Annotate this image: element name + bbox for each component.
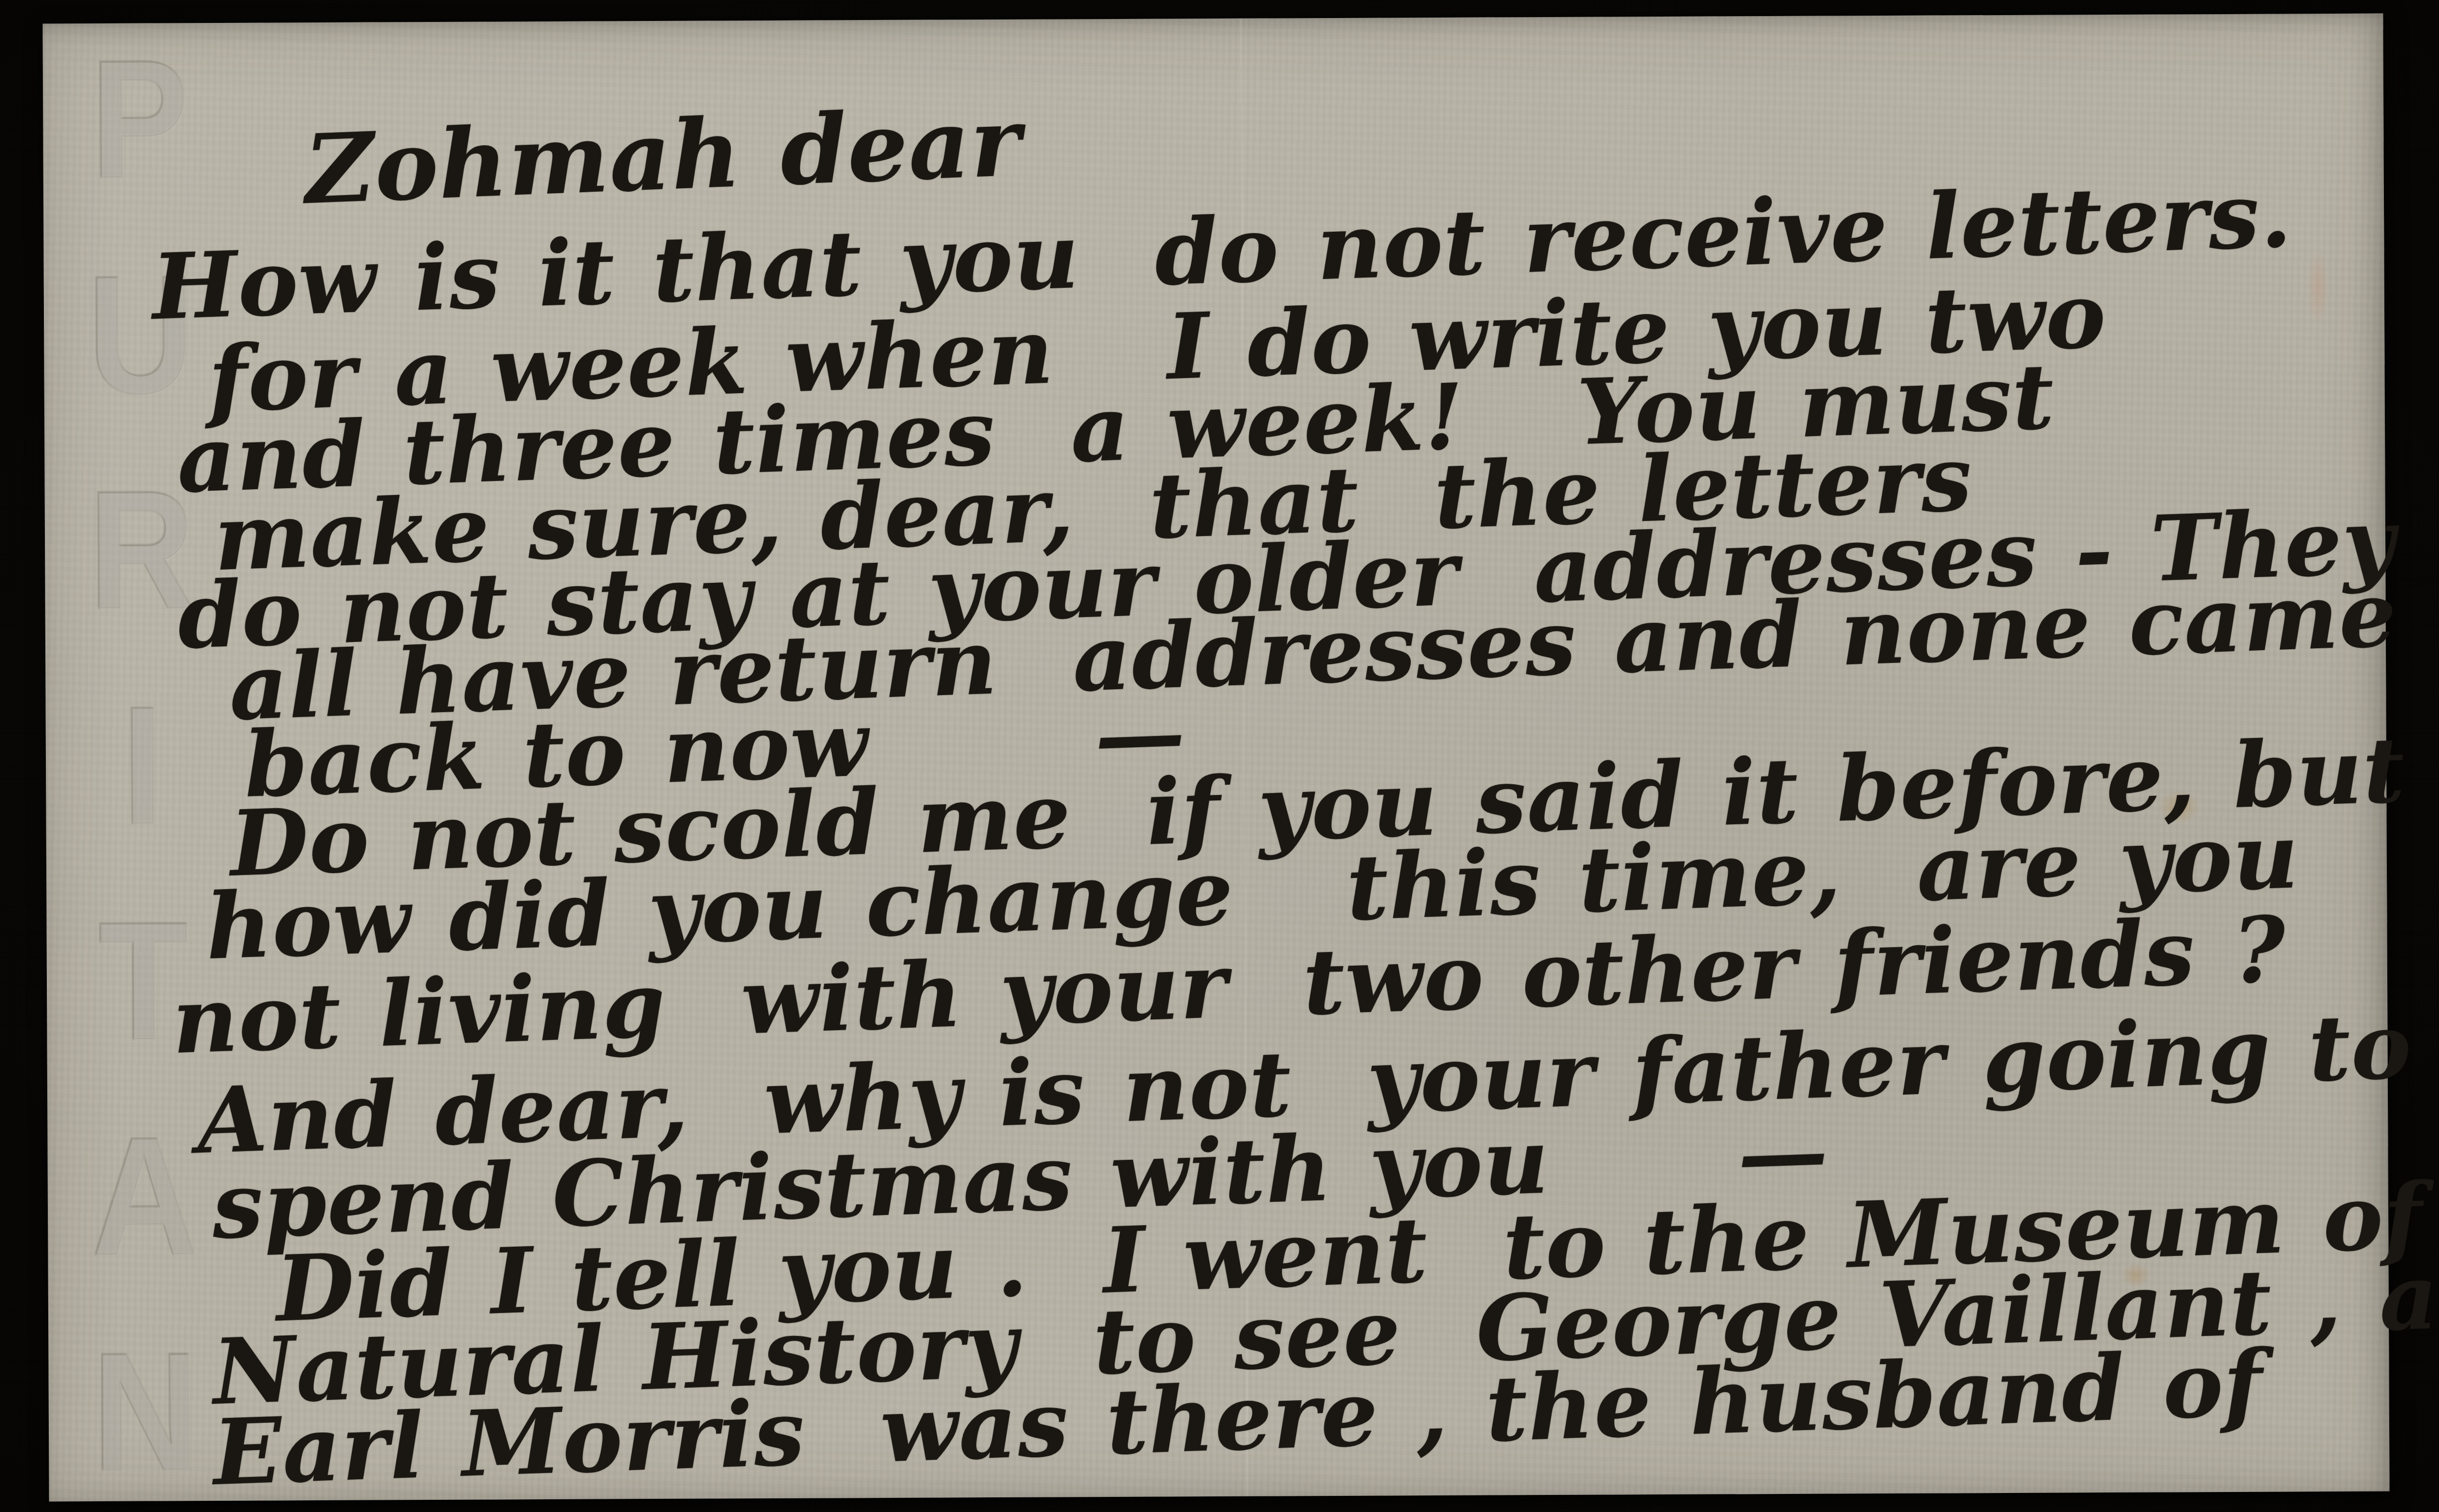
letter-paper: P U R I T A N Zohmah dear How is it that… — [42, 14, 2389, 1502]
watermark-letter: A — [91, 1112, 198, 1280]
salutation-line: Zohmah dear — [303, 90, 1023, 222]
watermark-letter: N — [92, 1327, 199, 1496]
watermark-letter: I — [122, 681, 163, 849]
photo-background: P U R I T A N Zohmah dear How is it that… — [0, 0, 2439, 1512]
watermark-letter: P — [90, 35, 189, 203]
paper-stain — [2307, 248, 2329, 326]
